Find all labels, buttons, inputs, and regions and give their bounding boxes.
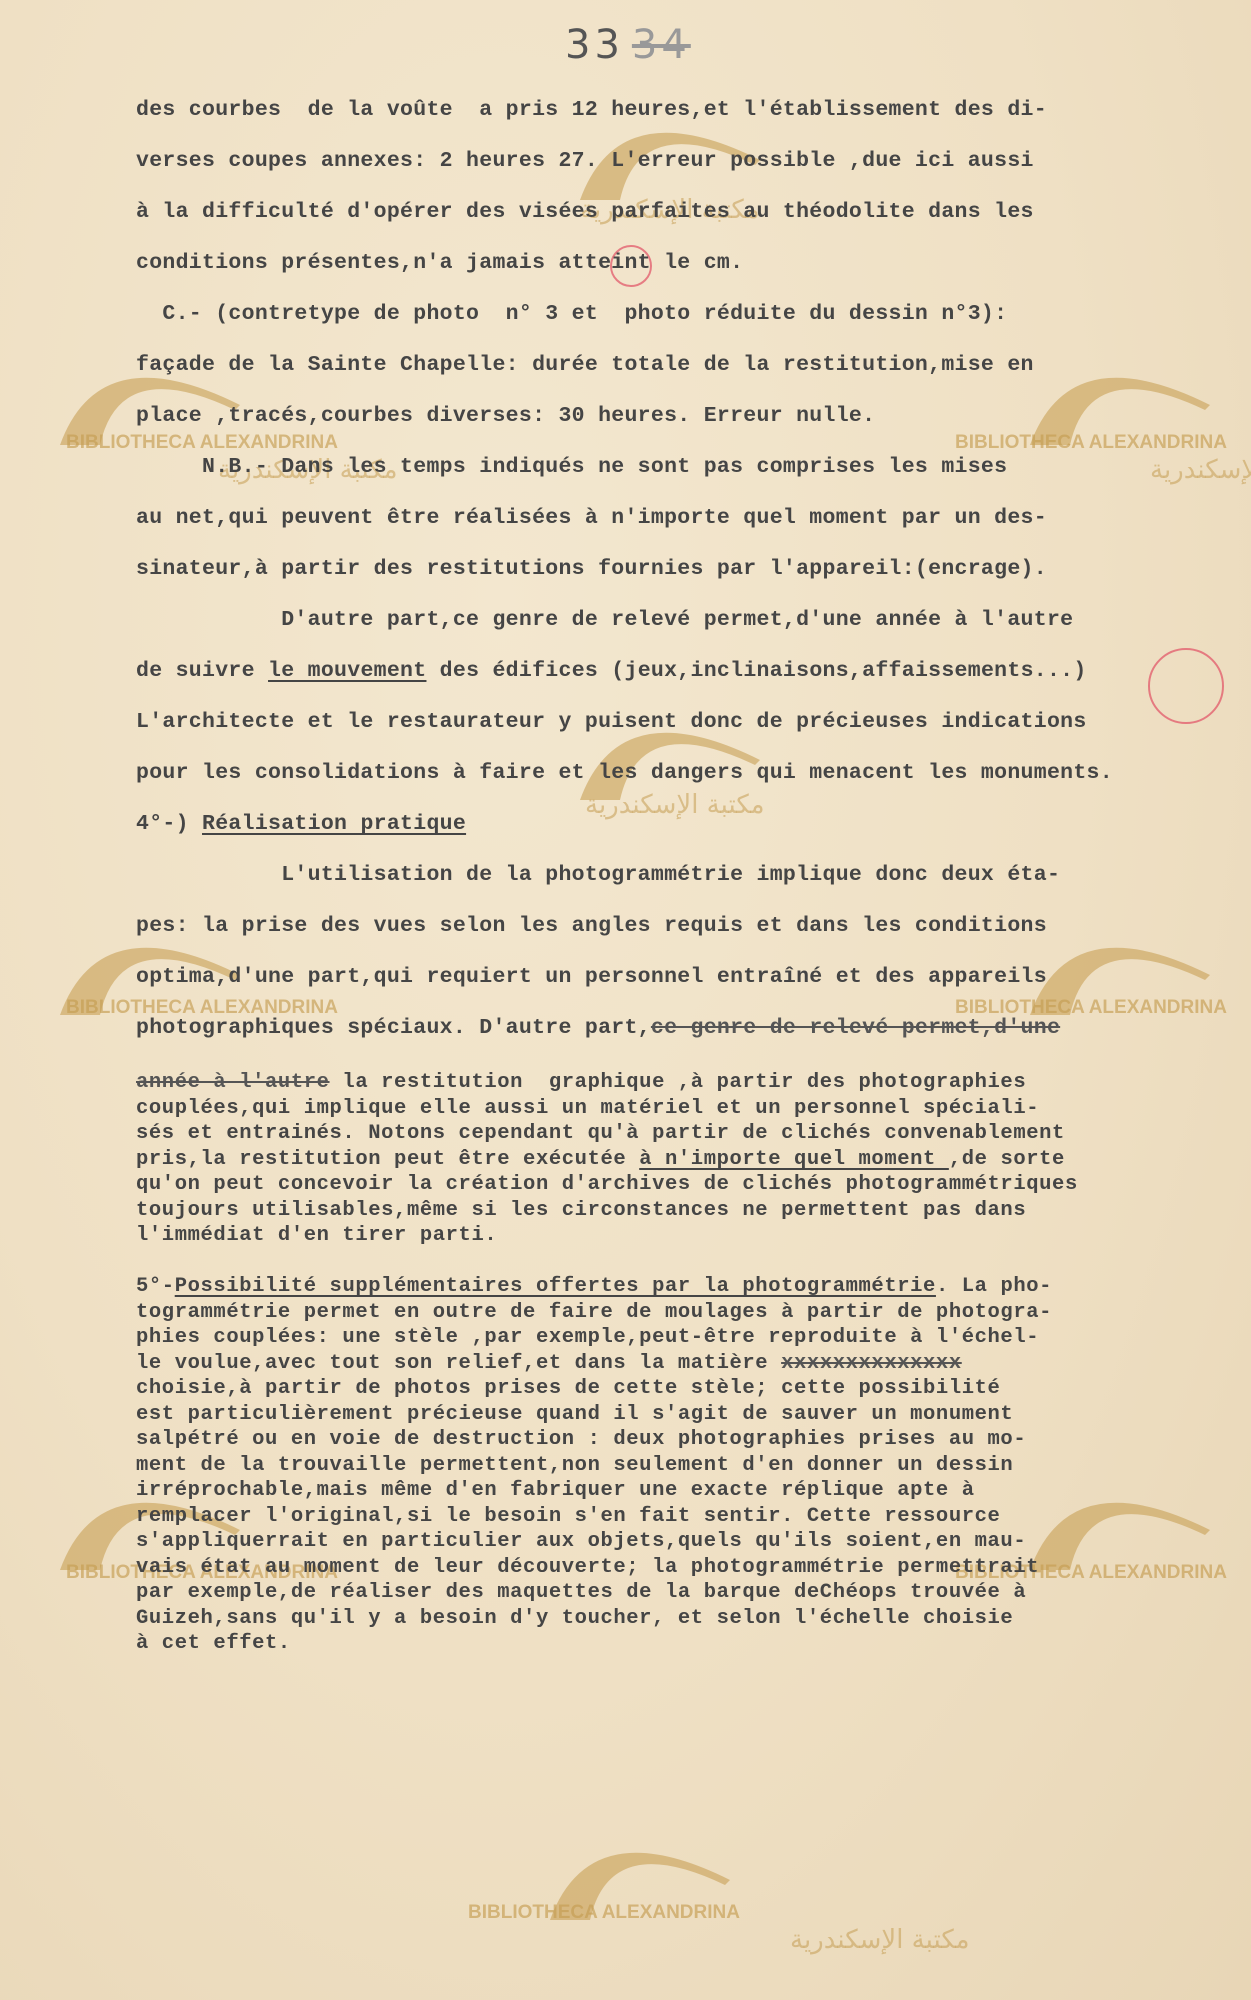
text-line: Guizeh,sans qu'il y a besoin d'y toucher…: [136, 1607, 1013, 1630]
text-line: optima,d'une part,qui requiert un person…: [136, 965, 1047, 989]
text-line: remplacer l'original,si le besoin s'en f…: [136, 1505, 1000, 1528]
text-line: conditions présentes,n'a jamais atteint …: [136, 251, 743, 275]
text-line: le voulue,avec tout son relief,et dans l…: [136, 1352, 962, 1375]
text-line: choisie,à partir de photos prises de cet…: [136, 1377, 1000, 1400]
underlined-phrase: à n'importe quel moment: [639, 1148, 949, 1171]
watermark-latin: BIBLIOTHECA ALEXANDRINA: [955, 432, 1227, 454]
text-line: verses coupes annexes: 2 heures 27. L'er…: [136, 149, 1034, 173]
text-line: pris,la restitution peut être exécutée à…: [136, 1148, 1065, 1171]
text-line: phies couplées: une stèle ,par exemple,p…: [136, 1326, 1039, 1349]
text-line: togrammétrie permet en outre de faire de…: [136, 1301, 1052, 1324]
text-line: place ,tracés,courbes diverses: 30 heure…: [136, 404, 875, 428]
text-line: N.B.- Dans les temps indiqués ne sont pa…: [136, 455, 1007, 479]
text-segment: . La pho-: [936, 1275, 1052, 1298]
page-number-struck: 34: [632, 22, 691, 68]
annotation-circle: [1148, 648, 1224, 724]
text-line: pour les consolidations à faire et les d…: [136, 761, 1113, 785]
section-title: Possibilité supplémentaires offertes par…: [175, 1275, 936, 1298]
section-title: Réalisation pratique: [202, 812, 466, 836]
watermark-latin: BIBLIOTHECA ALEXANDRINA: [66, 432, 338, 454]
struck-text: année à l'autre: [136, 1071, 330, 1094]
text-line: D'autre part,ce genre de relevé permet,d…: [136, 608, 1073, 632]
section-heading-5: 5°-Possibilité supplémentaires offertes …: [136, 1275, 1052, 1298]
page-number-current: 33: [565, 22, 624, 68]
text-segment: photographiques spéciaux. D'autre part,: [136, 1016, 651, 1040]
struck-text: ce genre de relevé permet,d'une: [651, 1016, 1060, 1040]
text-line: à la difficulté d'opérer des visées parf…: [136, 200, 1034, 224]
text-line: irréprochable,mais même d'en fabriquer u…: [136, 1479, 975, 1502]
watermark-arabic: مكتبة الإسكندرية: [1150, 455, 1251, 485]
text-line: de suivre le mouvement des édifices (jeu…: [136, 659, 1087, 683]
text-segment: des édifices (jeux,inclinaisons,affaisse…: [426, 659, 1086, 683]
text-line: sés et entrainés. Notons cependant qu'à …: [136, 1122, 1065, 1145]
section-number: 4°-): [136, 812, 202, 836]
text-line: à cet effet.: [136, 1632, 291, 1655]
text-line: façade de la Sainte Chapelle: durée tota…: [136, 353, 1034, 377]
text-line: par exemple,de réaliser des maquettes de…: [136, 1581, 1026, 1604]
text-line: des courbes de la voûte a pris 12 heures…: [136, 98, 1047, 122]
underlined-phrase: le mouvement: [268, 659, 426, 683]
text-line: pes: la prise des vues selon les angles …: [136, 914, 1047, 938]
text-segment: ,de sorte: [949, 1148, 1065, 1171]
text-line: année à l'autre la restitution graphique…: [136, 1071, 1026, 1094]
text-line: au net,qui peuvent être réalisées à n'im…: [136, 506, 1047, 530]
text-line: toujours utilisables,même si les circons…: [136, 1199, 1026, 1222]
text-line: L'architecte et le restaurateur y puisen…: [136, 710, 1087, 734]
text-segment: le voulue,avec tout son relief,et dans l…: [136, 1352, 781, 1375]
watermark-arabic: مكتبة الإسكندرية: [790, 1925, 970, 1955]
section-heading-4: 4°-) Réalisation pratique: [136, 812, 466, 836]
text-line: C.- (contretype de photo n° 3 et photo r…: [136, 302, 1007, 326]
text-segment: pris,la restitution peut être exécutée: [136, 1148, 639, 1171]
struck-text: xxxxxxxxxxxxxx: [781, 1352, 962, 1375]
watermark-latin: BIBLIOTHECA ALEXANDRINA: [468, 1902, 740, 1924]
text-line: couplées,qui implique elle aussi un maté…: [136, 1097, 1039, 1120]
text-line: qu'on peut concevoir la création d'archi…: [136, 1173, 1078, 1196]
text-line: L'utilisation de la photogrammétrie impl…: [136, 863, 1060, 887]
text-segment: la restitution graphique ,à partir des p…: [330, 1071, 1027, 1094]
text-line: photographiques spéciaux. D'autre part,c…: [136, 1016, 1060, 1040]
page-number: 3334: [565, 22, 691, 68]
text-segment: de suivre: [136, 659, 268, 683]
text-line: ment de la trouvaille permettent,non seu…: [136, 1454, 1013, 1477]
text-line: sinateur,à partir des restitutions fourn…: [136, 557, 1047, 581]
section-number: 5°-: [136, 1275, 175, 1298]
text-line: salpétré ou en voie de destruction : deu…: [136, 1428, 1026, 1451]
text-line: l'immédiat d'en tirer parti.: [136, 1224, 497, 1247]
text-line: s'appliquerrait en particulier aux objet…: [136, 1530, 1026, 1553]
text-line: est particulièrement précieuse quand il …: [136, 1403, 1013, 1426]
text-line: vais état au moment de leur découverte; …: [136, 1556, 1039, 1579]
watermark-arabic: مكتبة الإسكندرية: [585, 790, 765, 820]
